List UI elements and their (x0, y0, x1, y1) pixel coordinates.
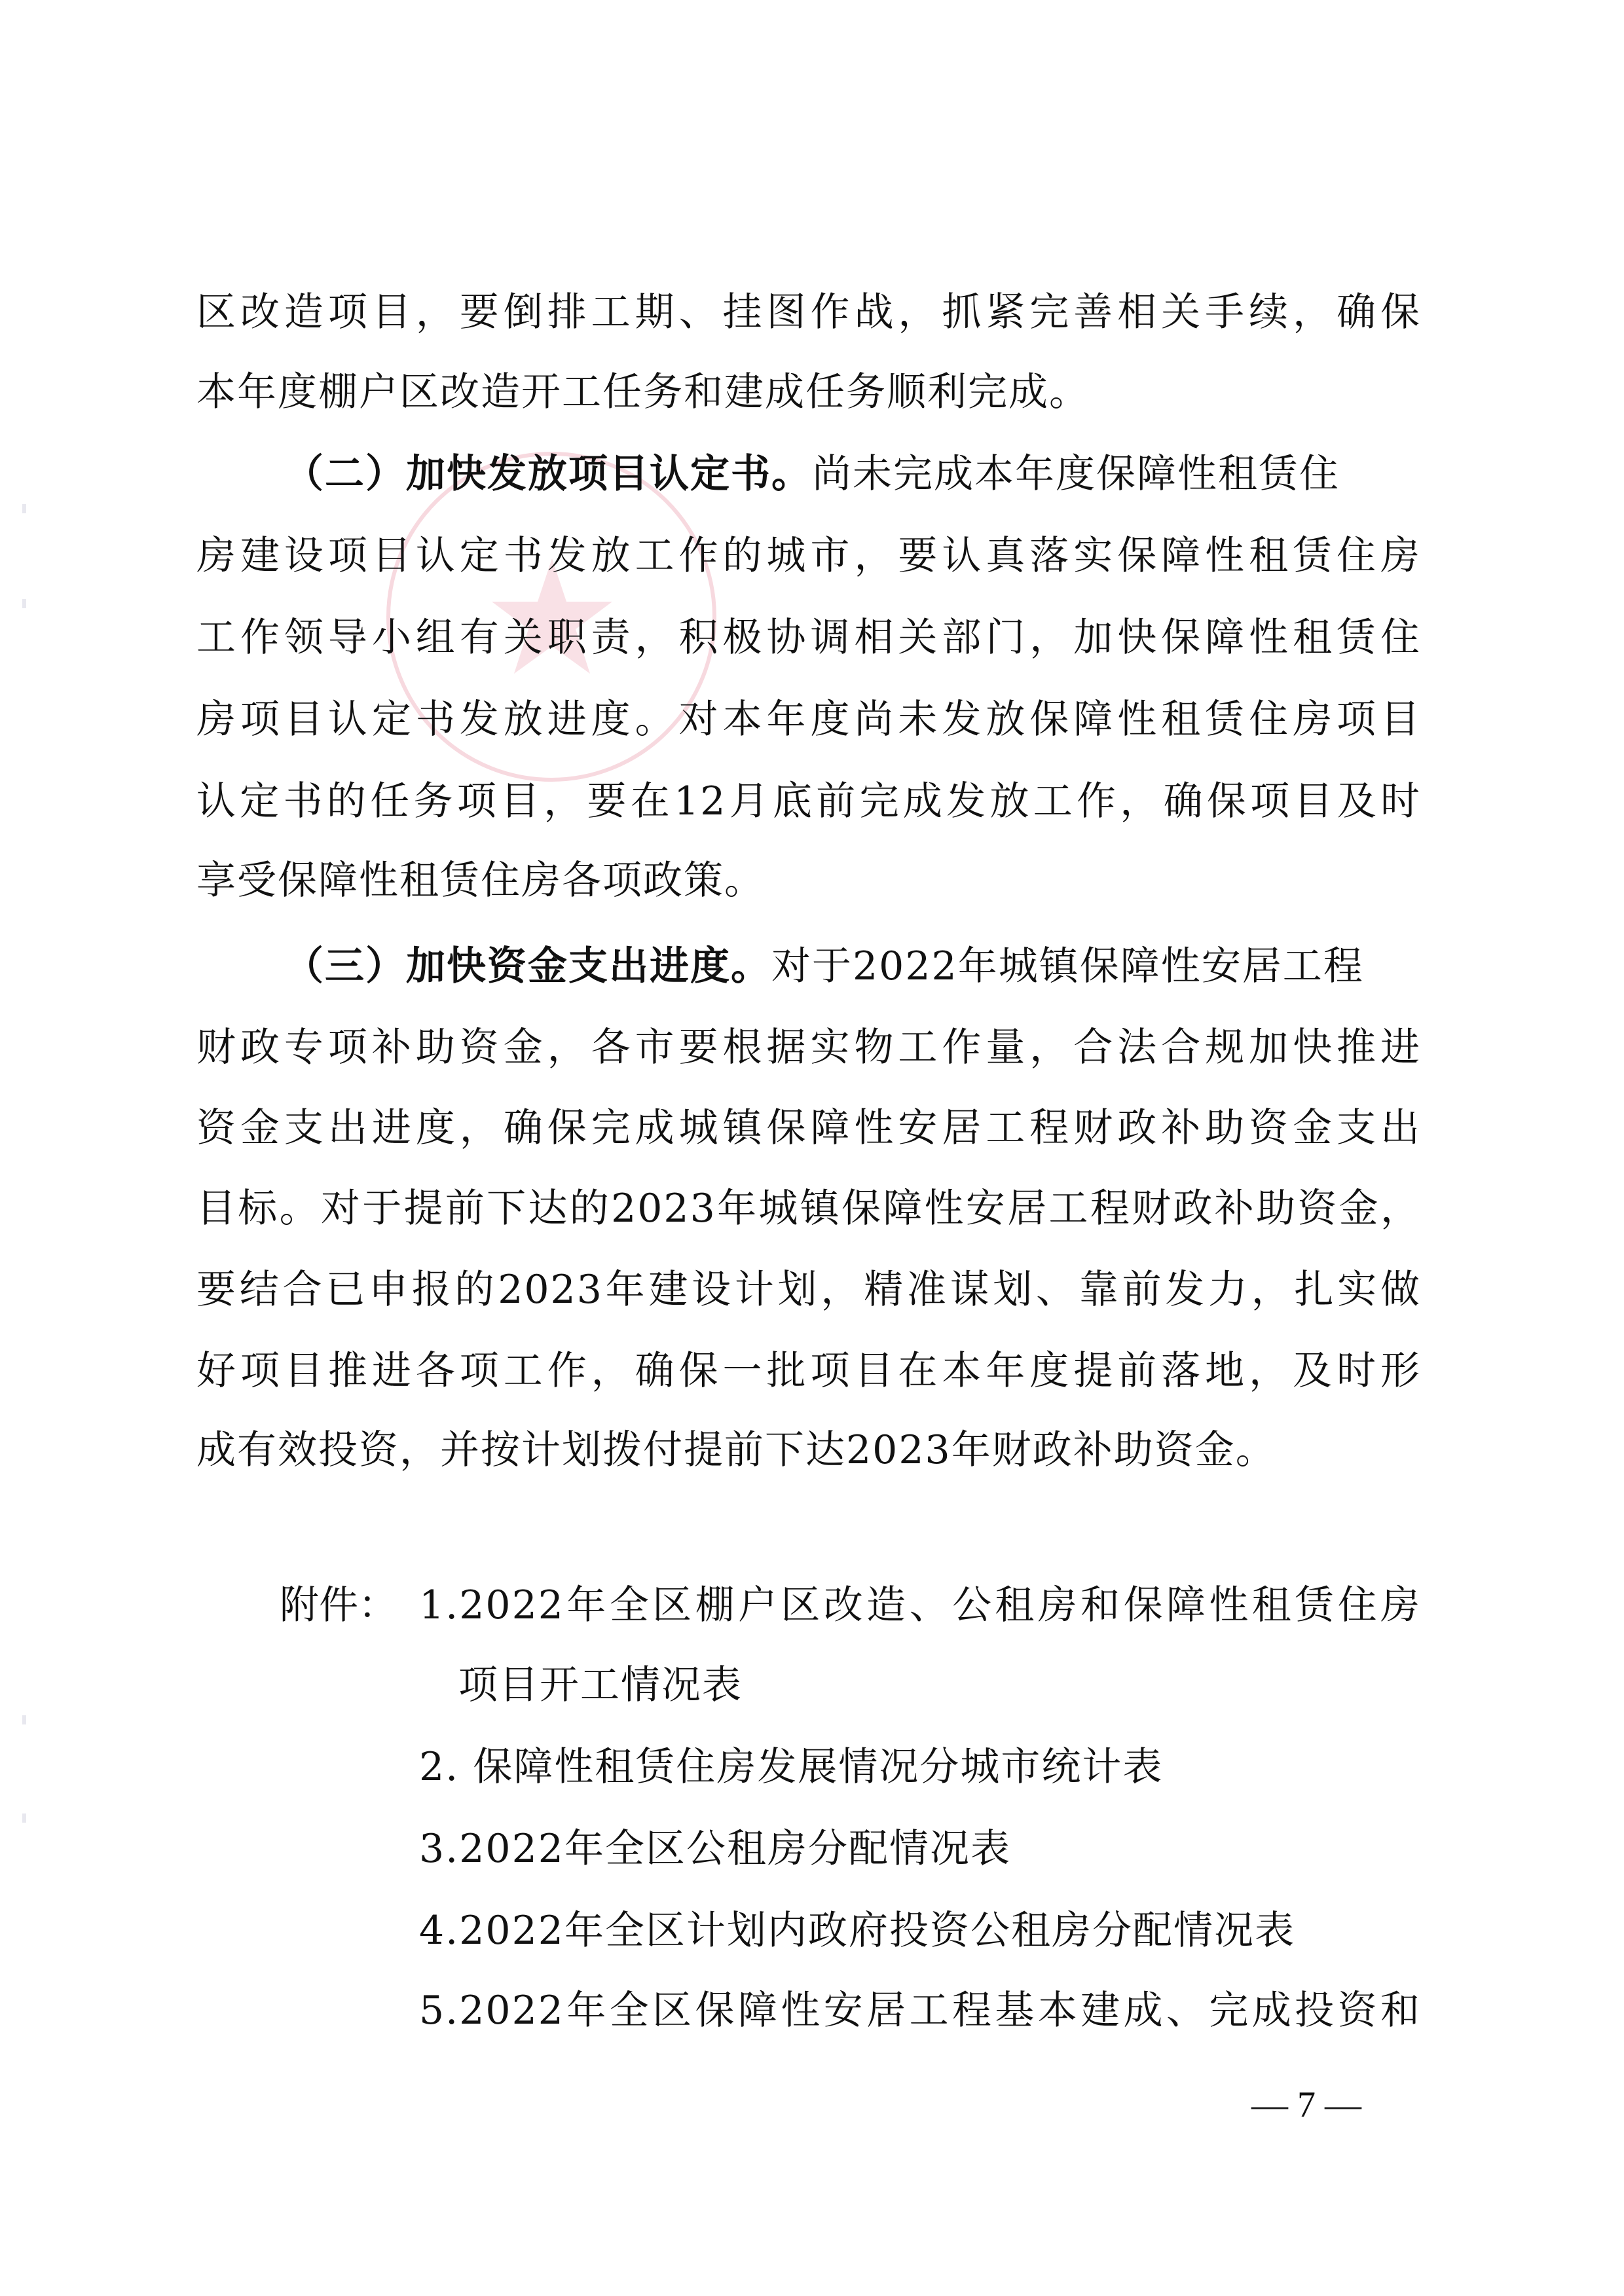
attachment-number: 1. (419, 1582, 459, 1628)
attachment-title: 2022年全区保障性安居工程基本建成、完成投资和 (459, 1988, 1421, 2033)
attachment-number: 5. (419, 1988, 459, 2033)
attachment-item-2[interactable]: 2. 保障性租赁住房发展情况分城市统计表 (419, 1738, 1421, 1796)
paragraph-3-line-3: 资金支出进度，确保完成城镇保障性安居工程财政补助资金支出 (196, 1099, 1421, 1157)
attachment-number: 4. (419, 1908, 459, 1954)
paragraph-2-line-4: 房项目认定书发放进度。对本年度尚未发放保障性租赁住房项目 (196, 690, 1421, 749)
paragraph-3-line-1: （三）加快资金支出进度。对于2022年城镇保障性安居工程 (284, 937, 1421, 996)
attachment-title: 2022年全区棚户区改造、公租房和保障性租赁住房 (459, 1582, 1421, 1628)
attachment-item-1-continued[interactable]: 项目开工情况表 (458, 1656, 1421, 1715)
paragraph-2-line-6: 享受保障性租赁住房各项政策。 (196, 851, 1421, 910)
paragraph-3-line-5: 要结合已申报的2023年建设计划，精准谋划、靠前发力，扎实做 (196, 1260, 1421, 1319)
paragraph-2-line-2: 房建设项目认定书发放工作的城市，要认真落实保障性租赁住房 (196, 526, 1421, 585)
scan-mark (22, 1813, 26, 1823)
document-page: 区改造项目，要倒排工期、挂图作战，抓紧完善相关手续，确保 本年度棚户区改造开工任… (0, 0, 1624, 2296)
paragraph-1-line-2: 本年度棚户区改造开工任务和建成任务顺利完成。 (196, 363, 1421, 422)
scan-mark (22, 504, 26, 513)
attachment-item-3[interactable]: 3.2022年全区公租房分配情况表 (419, 1819, 1421, 1878)
scan-mark (22, 1715, 26, 1724)
attachment-item-5[interactable]: 5.2022年全区保障性安居工程基本建成、完成投资和 (419, 1981, 1421, 2040)
paragraph-3-line-4: 目标。对于提前下达的2023年城镇保障性安居工程财政补助资金， (196, 1179, 1421, 1238)
page-number: — 7 — (1244, 2082, 1369, 2128)
paragraph-3-line-7: 成有效投资，并按计划拨付提前下达2023年财政补助资金。 (196, 1421, 1421, 1480)
attachment-number: 2. (419, 1744, 459, 1790)
paragraph-1-line-1: 区改造项目，要倒排工期、挂图作战，抓紧完善相关手续，确保 (196, 283, 1421, 342)
paragraph-2-line-1: （二）加快发放项目认定书。尚未完成本年度保障性租赁住 (284, 445, 1421, 503)
paragraph-3-line-1-text: 对于2022年城镇保障性安居工程 (771, 943, 1364, 989)
paragraph-3-line-6: 好项目推进各项工作，确保一批项目在本年度提前落地，及时形 (196, 1341, 1421, 1400)
attachment-title: 2022年全区公租房分配情况表 (459, 1826, 1011, 1872)
paragraph-2-line-3: 工作领导小组有关职责，积极协调相关部门，加快保障性租赁住 (196, 608, 1421, 667)
paragraph-3-line-2: 财政专项补助资金，各市要根据实物工作量，合法合规加快推进 (196, 1018, 1421, 1077)
paragraph-2-line-5: 认定书的任务项目，要在12月底前完成发放工作，确保项目及时 (196, 772, 1421, 831)
paragraph-2-line-1-text: 尚未完成本年度保障性租赁住 (812, 451, 1340, 497)
attachment-title: 保障性租赁住房发展情况分城市统计表 (473, 1744, 1163, 1790)
attachment-item-4[interactable]: 4.2022年全区计划内政府投资公租房分配情况表 (419, 1901, 1421, 1960)
scan-mark (22, 599, 26, 608)
attachment-number: 3. (419, 1826, 459, 1872)
attachment-item-1[interactable]: 1.2022年全区棚户区改造、公租房和保障性租赁住房 (419, 1576, 1421, 1635)
attachments-label: 附件： (280, 1576, 397, 1635)
attachment-title: 2022年全区计划内政府投资公租房分配情况表 (459, 1908, 1295, 1954)
section-heading-3: （三）加快资金支出进度。 (284, 943, 771, 989)
section-heading-2: （二）加快发放项目认定书。 (284, 451, 812, 497)
